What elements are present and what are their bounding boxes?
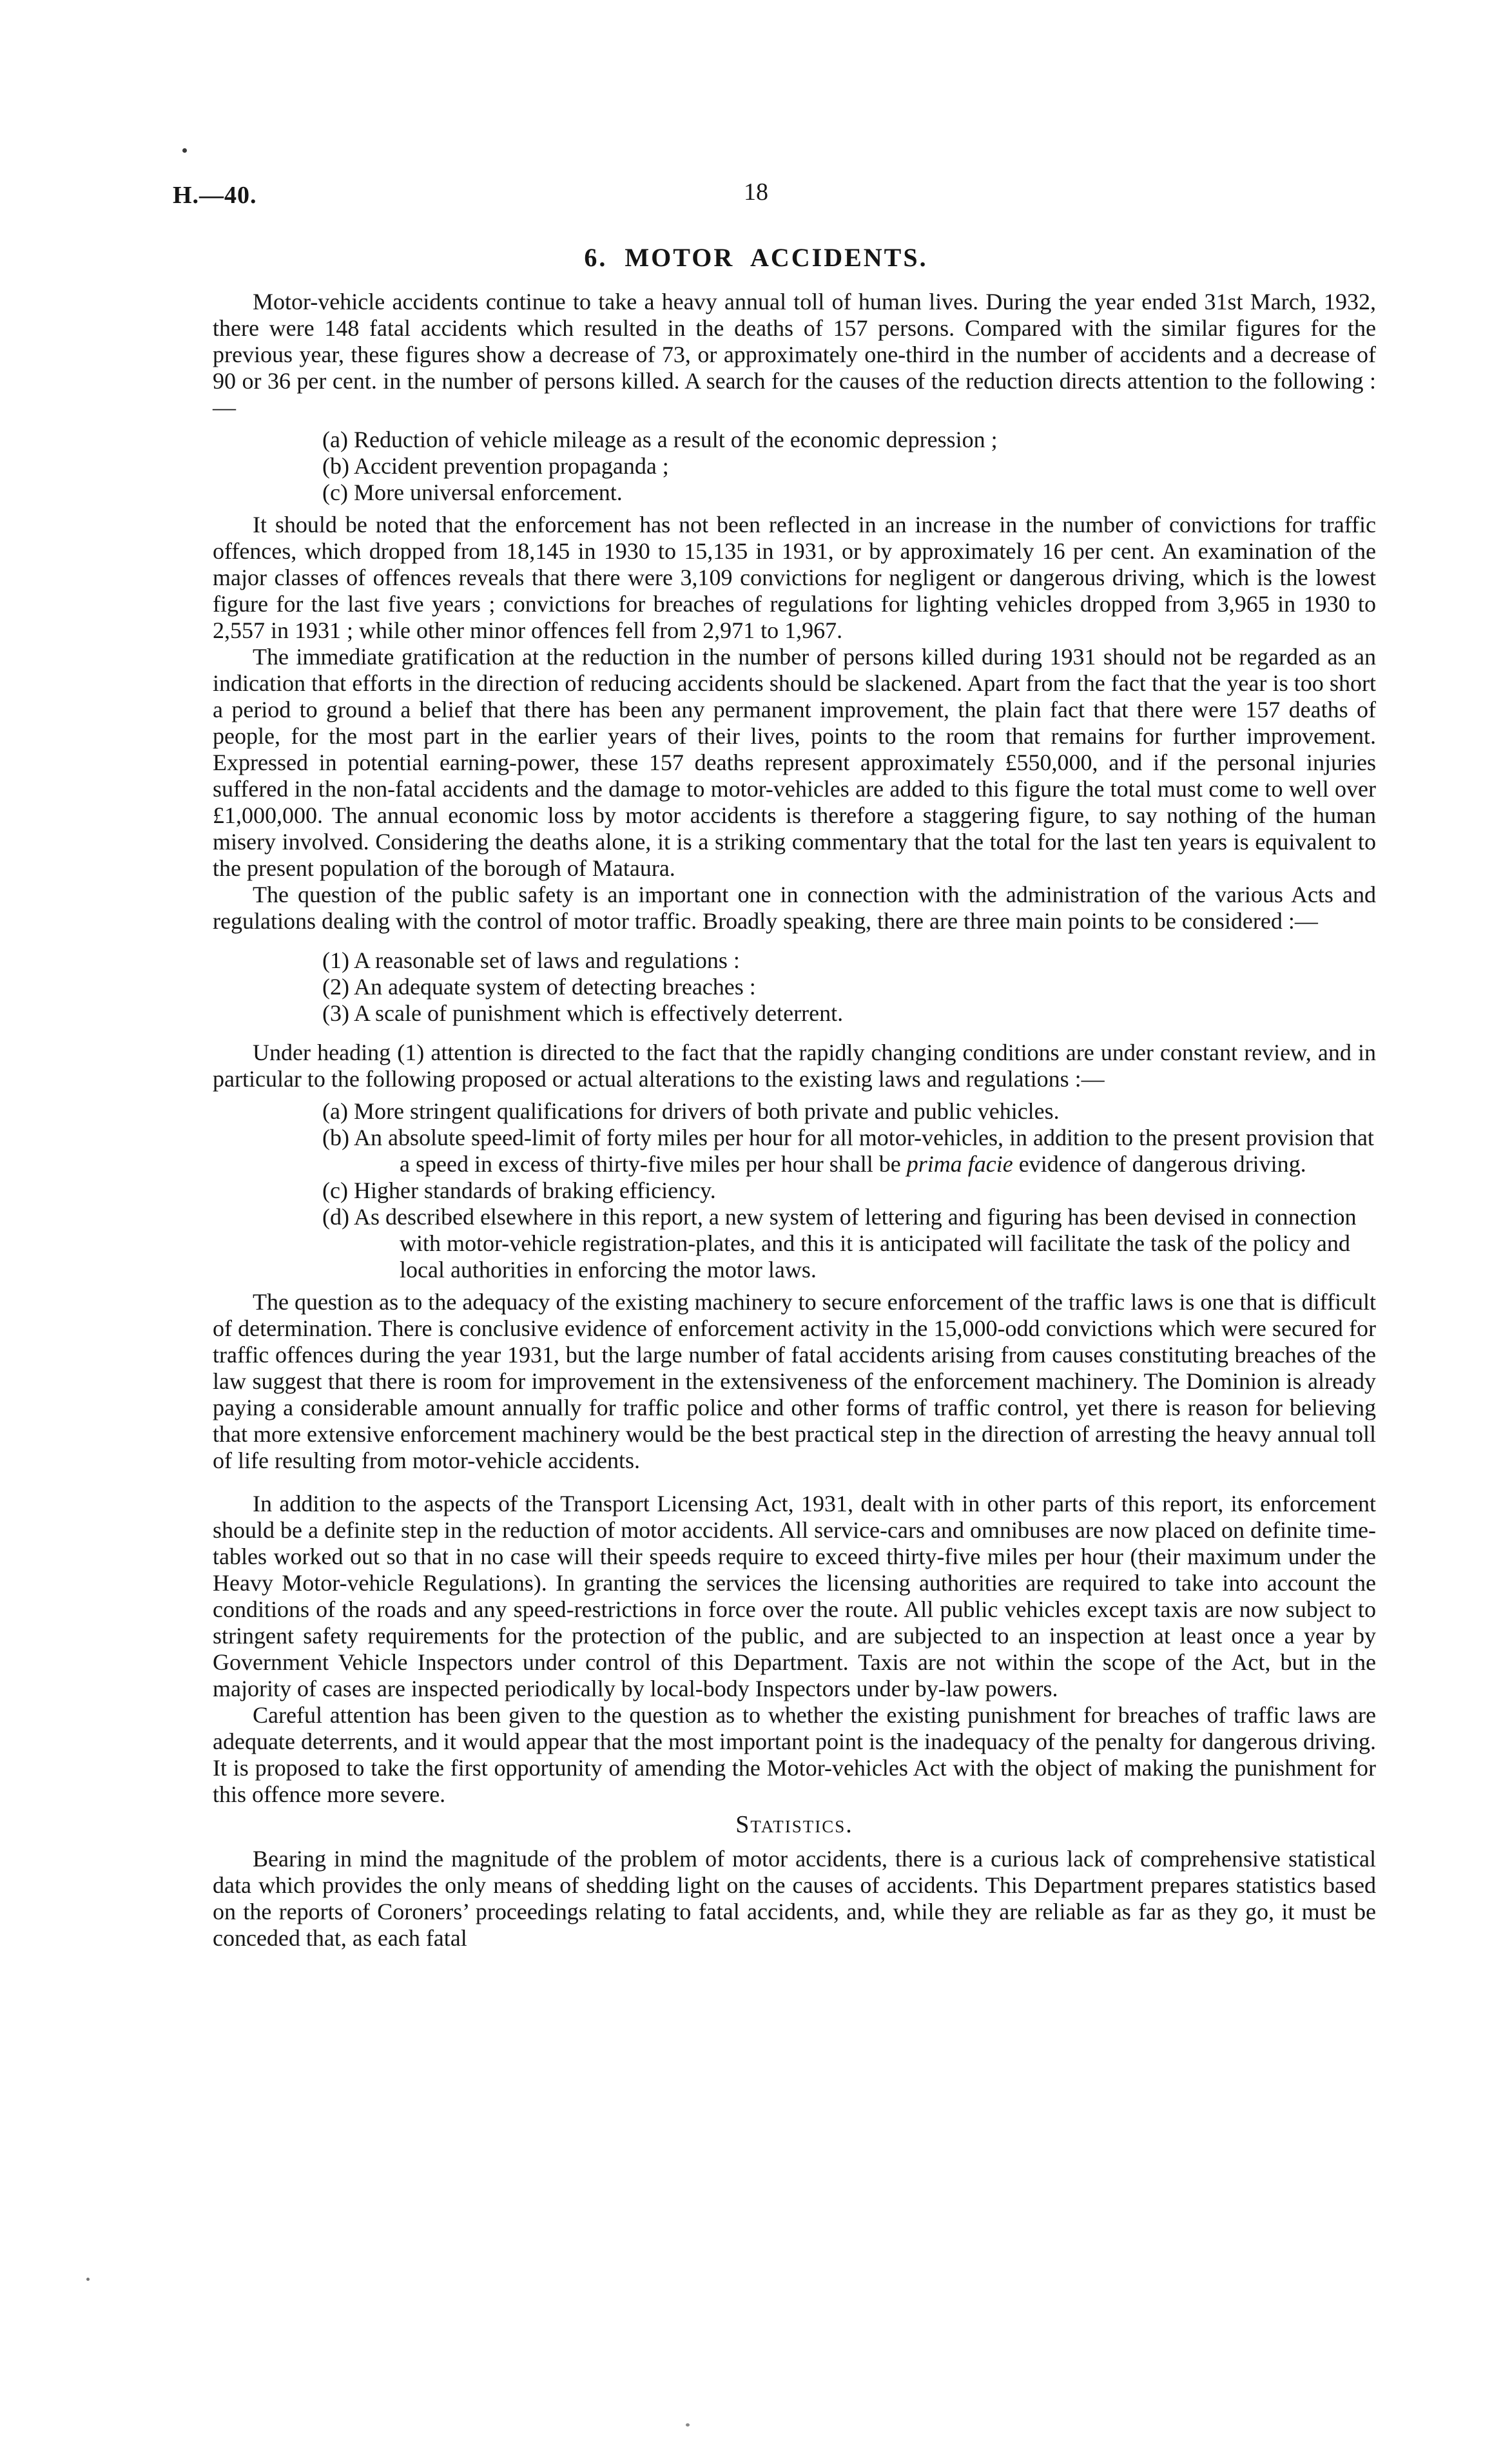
item-text: More universal enforcement. — [354, 480, 623, 505]
item-label: (c) — [322, 480, 348, 505]
item-text: A reasonable set of laws and regulations… — [354, 947, 740, 973]
causes-list: (a) Reduction of vehicle mileage as a re… — [213, 427, 1376, 506]
alterations-list: (a) More stringent qualifications for dr… — [213, 1098, 1376, 1283]
paragraph-economic-loss: The immediate gratification at the reduc… — [213, 644, 1376, 882]
list-item: (1) A reasonable set of laws and regulat… — [400, 947, 1376, 974]
item-label: (d) — [322, 1204, 349, 1230]
list-item: (b) An absolute speed-limit of forty mil… — [400, 1125, 1376, 1177]
list-item: (c) Higher standards of braking efficien… — [400, 1177, 1376, 1204]
item-text: A scale of punishment which is effective… — [354, 1000, 843, 1026]
paragraph-convictions: It should be noted that the enforcement … — [213, 512, 1376, 644]
section-title: 6. MOTOR ACCIDENTS. — [0, 242, 1512, 273]
body-text: Motor-vehicle accidents continue to take… — [213, 289, 1376, 1952]
item-label: (c) — [322, 1177, 348, 1203]
item-text-italic: prima facie — [907, 1151, 1013, 1177]
item-text: evidence of dangerous driving. — [1013, 1151, 1306, 1177]
scan-speck — [86, 2278, 90, 2281]
item-text: More stringent qualifications for driver… — [354, 1098, 1060, 1124]
list-item: (a) More stringent qualifications for dr… — [400, 1098, 1376, 1125]
paragraph-accident-toll: Motor-vehicle accidents continue to take… — [213, 289, 1376, 421]
list-item: (a) Reduction of vehicle mileage as a re… — [400, 427, 1376, 453]
paragraph-under-heading-1: Under heading (1) attention is directed … — [213, 1040, 1376, 1092]
list-item: (d) As described elsewhere in this repor… — [400, 1204, 1376, 1283]
item-label: (b) — [322, 1125, 349, 1150]
item-label: (a) — [322, 1098, 348, 1124]
statistics-heading: Statistics. — [213, 1812, 1376, 1838]
main-points-list: (1) A reasonable set of laws and regulat… — [213, 947, 1376, 1027]
scanned-report-page: H.—40. 18 6. MOTOR ACCIDENTS. Motor-vehi… — [0, 0, 1512, 2442]
item-label: (1) — [322, 947, 349, 973]
list-item: (b) Accident prevention propaganda ; — [400, 453, 1376, 480]
item-label: (a) — [322, 427, 348, 452]
page-number: 18 — [0, 178, 1512, 206]
list-item: (3) A scale of punishment which is effec… — [400, 1000, 1376, 1027]
item-text: As described elsewhere in this report, a… — [354, 1204, 1357, 1283]
paragraph-transport-licensing: In addition to the aspects of the Transp… — [213, 1491, 1376, 1702]
item-label: (3) — [322, 1000, 349, 1026]
scan-speck — [686, 2423, 690, 2427]
list-item: (2) An adequate system of detecting brea… — [400, 974, 1376, 1000]
item-text: An adequate system of detecting breaches… — [354, 974, 756, 1000]
item-text: Higher standards of braking efficiency. — [354, 1177, 716, 1203]
list-item: (c) More universal enforcement. — [400, 480, 1376, 506]
item-text: Reduction of vehicle mileage as a result… — [354, 427, 998, 452]
item-text: Accident prevention propaganda ; — [354, 453, 669, 479]
item-label: (2) — [322, 974, 349, 1000]
item-label: (b) — [322, 453, 349, 479]
paragraph-punishment: Careful attention has been given to the … — [213, 1702, 1376, 1808]
paragraph-public-safety: The question of the public safety is an … — [213, 882, 1376, 935]
paragraph-enforcement-machinery: The question as to the adequacy of the e… — [213, 1289, 1376, 1474]
scan-speck — [182, 148, 187, 153]
paragraph-statistics-intro: Bearing in mind the magnitude of the pro… — [213, 1846, 1376, 1952]
